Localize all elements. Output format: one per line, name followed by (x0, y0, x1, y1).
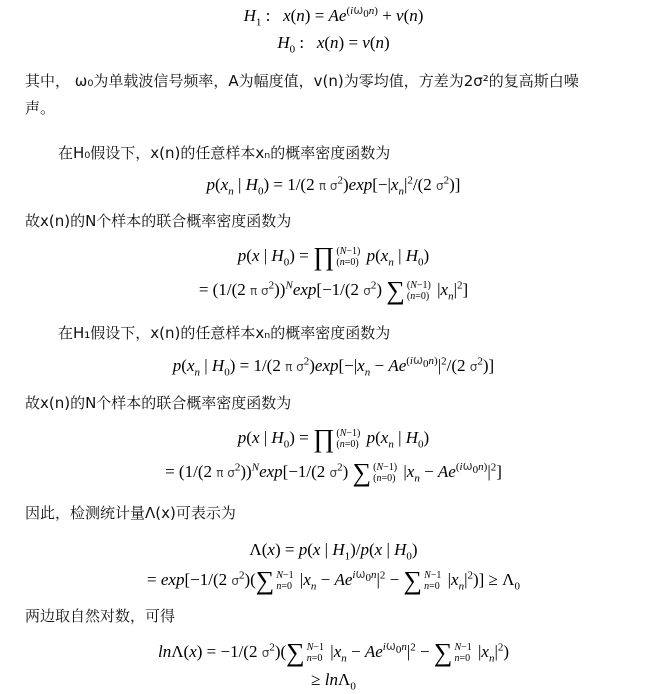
equation-h1-joint-line1: p(x | H0) = ∏(N−1)(n=0) p(xn | H0) (0, 428, 667, 450)
equation-likelihood-ratio-line1: Λ(x) = p(x | H1)/p(x | H0) (0, 540, 667, 560)
equation-log-ratio-line2: ≥ lnΛ0 (0, 670, 667, 690)
h0-pdf-intro: 在H₀假设下，x(n)的任意样本xₙ的概率密度函数为 (58, 142, 390, 163)
equation-h1-joint-line2: = (1/(2 π σ2))Nexp[−1/(2 σ2) ∑(N−1)(n=0)… (0, 462, 667, 484)
equation-h0-pdf: p(xn | H0) = 1/(2 π σ2)exp[−|xn|2/(2 σ2)… (0, 175, 667, 195)
equation-h1-pdf: p(xn | H0) = 1/(2 π σ2)exp[−|xn − Ae(iω0… (0, 356, 667, 376)
hypothesis-h1: H1 : x(n) = Ae(iω0n) + v(n) (0, 6, 667, 26)
equation-h0-joint-line2: = (1/(2 π σ2))Nexp[−1/(2 σ2) ∑(N−1)(n=0)… (0, 280, 667, 302)
equation-log-ratio-line1: lnΛ(x) = −1/(2 σ2)(∑N−1n=0 |xn − Aeiω0n|… (0, 642, 667, 664)
paragraph-definitions-line1: 其中， ω₀为单载波信号频率，A为幅度值，v(n)为零均值，方差为2σ²的复高斯… (25, 70, 579, 91)
paragraph-definitions-line2: 声。 (25, 97, 55, 118)
h1-joint-intro: 故x(n)的N个样本的联合概率密度函数为 (25, 392, 291, 413)
log-intro: 两边取自然对数，可得 (25, 605, 175, 626)
h1-pdf-intro: 在H₁假设下，x(n)的任意样本xₙ的概率密度函数为 (58, 322, 390, 343)
equation-likelihood-ratio-line2: = exp[−1/(2 σ2)(∑N−1n=0 |xn − Aeiω0n|2 −… (0, 570, 667, 592)
equation-h0-joint-line1: p(x | H0) = ∏(N−1)(n=0) p(xn | H0) (0, 246, 667, 268)
statistic-intro: 因此，检测统计量Λ(x)可表示为 (25, 502, 236, 523)
h0-joint-intro: 故x(n)的N个样本的联合概率密度函数为 (25, 210, 291, 231)
hypothesis-h0: H0 : x(n) = v(n) (0, 33, 667, 53)
